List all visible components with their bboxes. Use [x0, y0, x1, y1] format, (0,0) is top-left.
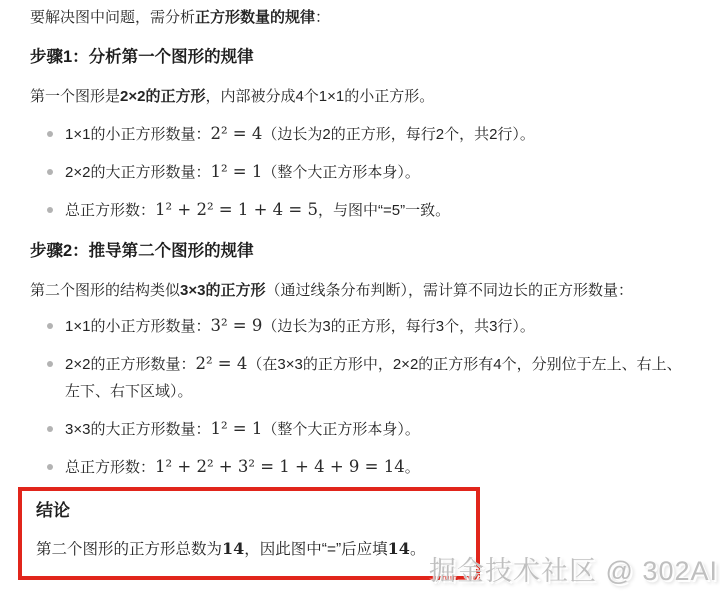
formula: 2² = 4	[210, 124, 262, 143]
bullet-note: （整个大正方形本身）。	[262, 164, 420, 181]
step2-heading: 步骤2：推导第二个图形的规律	[30, 240, 690, 262]
conclusion-highlight-box: 结论 第二个图形的正方形总数为14，因此图中“=”后应填14。	[18, 487, 480, 580]
step2-para-bold: 3×3的正方形	[180, 282, 265, 299]
bullet-note: 。	[405, 459, 420, 476]
formula: 1² = 1	[210, 162, 262, 181]
step1-paragraph: 第一个图形是2×2的正方形，内部被分成4个1×1的小正方形。	[30, 85, 690, 109]
conclusion-number: 14	[222, 539, 244, 558]
watermark: 掘金技术社区 @ 302AI	[429, 549, 718, 588]
step1-para-tail: ，内部被分成4个1×1的小正方形。	[205, 88, 434, 105]
bullet-label: 1×1的小正方形数量：	[65, 318, 210, 335]
bullet-icon	[47, 169, 53, 175]
bullet-note: （边长为3的正方形，每行3个，共3行）。	[262, 318, 535, 335]
step2-paragraph: 第二个图形的结构类似3×3的正方形（通过线条分布判断），需计算不同边长的正方形数…	[30, 276, 690, 306]
conclusion-heading: 结论	[36, 499, 462, 523]
intro-bold-text: 正方形数量的规律	[195, 9, 315, 26]
bullet-label: 3×3的大正方形数量：	[65, 421, 210, 438]
conclusion-text: ，因此图中“=”后应填	[244, 541, 387, 558]
step2-para-tail: （通过线条分布判断），需计算不同边长的正方形数量：	[265, 282, 633, 299]
formula: 3² = 9	[210, 316, 262, 335]
formula: 1² = 1	[210, 419, 262, 438]
intro-colon: ：	[315, 9, 330, 26]
bullet-icon	[47, 464, 53, 470]
formula: 1² + 2² = 1 + 4 = 5	[155, 200, 318, 219]
step1-bullet-list: 1×1的小正方形数量：2² = 4（边长为2的正方形，每行2个，共2行）。 2×…	[30, 120, 690, 224]
bullet-icon	[47, 131, 53, 137]
list-item: 2×2的大正方形数量：1² = 1（整个大正方形本身）。	[30, 158, 690, 186]
list-item: 1×1的小正方形数量：3² = 9（边长为3的正方形，每行3个，共3行）。	[30, 312, 690, 340]
conclusion-paragraph: 第二个图形的正方形总数为14，因此图中“=”后应填14。	[36, 537, 462, 562]
intro-paragraph: 要解决图中问题，需分析正方形数量的规律：	[30, 6, 690, 30]
step2-bullet-list: 1×1的小正方形数量：3² = 9（边长为3的正方形，每行3个，共3行）。 2×…	[30, 312, 690, 481]
bullet-label: 1×1的小正方形数量：	[65, 126, 210, 143]
bullet-label: 总正方形数：	[65, 459, 155, 476]
formula: 1² + 2² + 3² = 1 + 4 + 9 = 14	[155, 457, 405, 476]
bullet-icon	[47, 323, 53, 329]
document-page: 要解决图中问题，需分析正方形数量的规律： 步骤1：分析第一个图形的规律 第一个图…	[0, 0, 720, 598]
bullet-icon	[47, 207, 53, 213]
conclusion-text: 第二个图形的正方形总数为	[36, 541, 222, 558]
formula: 2² = 4	[195, 354, 247, 373]
bullet-label: 2×2的大正方形数量：	[65, 164, 210, 181]
list-item: 2×2的正方形数量：2² = 4（在3×3的正方形中，2×2的正方形有4个，分别…	[30, 350, 690, 405]
conclusion-period: 。	[410, 541, 426, 558]
step2-para-text: 第二个图形的结构类似	[30, 282, 180, 299]
bullet-note: （整个大正方形本身）。	[262, 421, 420, 438]
step1-para-text: 第一个图形是	[30, 88, 120, 105]
list-item: 1×1的小正方形数量：2² = 4（边长为2的正方形，每行2个，共2行）。	[30, 120, 690, 148]
bullet-label: 2×2的正方形数量：	[65, 356, 195, 373]
step1-heading: 步骤1：分析第一个图形的规律	[30, 46, 690, 68]
bullet-icon	[47, 426, 53, 432]
intro-text: 要解决图中问题，需分析	[30, 9, 195, 26]
bullet-note: （边长为2的正方形，每行2个，共2行）。	[262, 126, 535, 143]
list-item: 总正方形数：1² + 2² + 3² = 1 + 4 + 9 = 14。	[30, 453, 690, 481]
step1-para-bold: 2×2的正方形	[120, 88, 205, 105]
conclusion-number: 14	[388, 539, 410, 558]
list-item: 总正方形数：1² + 2² = 1 + 4 = 5，与图中“=5”一致。	[30, 196, 690, 224]
bullet-label: 总正方形数：	[65, 202, 155, 219]
list-item: 3×3的大正方形数量：1² = 1（整个大正方形本身）。	[30, 415, 690, 443]
bullet-note: ，与图中“=5”一致。	[318, 202, 450, 219]
bullet-icon	[47, 361, 53, 367]
